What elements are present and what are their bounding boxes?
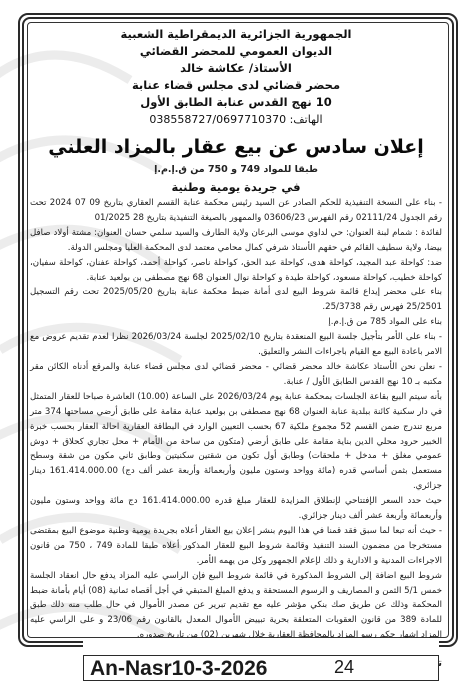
page-number: 24 [334,656,354,678]
paragraph-sale-conditions-deposit: بناء على محضر إيداع قائمة شروط البيع لدى… [30,285,442,315]
paragraph-articles: بناء على المواد 785 من ق.إ.م.إ [30,315,442,330]
bailiff-court: محضر قضائي لدى مجلس قضاء عنابة [30,77,442,94]
bailiff-name: الأستاذ/ عكاشة خالد [30,60,442,77]
paragraph-opening-price: حيث حدد السعر الإفتتاحي لإنطلاق المزايدة… [30,494,442,524]
office-phone: الهاتف: 038558727/0697710370 [30,111,442,128]
legal-basis: طبقا للمواد 749 و 750 من ق.إ.م.إ [30,162,442,178]
publication-date: An-Nasr10-3-2026 [90,657,267,681]
paragraph-property-description: بأنه سيتم البيع بقاعة الجلسات بمحكمة عنا… [30,390,442,494]
paragraph-enforcement: - بناء على النسخة التنفيذية للحكم الصادر… [30,196,442,226]
country-name: الجمهورية الجزائرية الديمقراطية الشعبية [30,26,442,43]
footer-box: An-Nasr10-3-2026 24 [83,655,439,681]
paragraph-announcement: - نعلن نحن الأستاذ عكاشة خالد محضر قضائي… [30,360,442,390]
paragraph-publication: - حيث أنه تبعا لما سبق فقد قمنا في هذا ا… [30,524,442,569]
publication-medium: في جريدة يومية وطنية [30,178,442,196]
frame-gap [83,638,439,654]
legal-notice: الجمهورية الجزائرية الديمقراطية الشعبية … [30,26,442,673]
paragraph-beneficiaries: لفائدة : شمام لبنة العنوان: حي لداوي موس… [30,226,442,256]
paragraph-defendants: ضد: كواحلة عبد المجيد، كواحلة هدى، كواحل… [30,256,442,286]
office-address: 10 نهج القدس عنابة الطابق الأول [30,94,442,111]
office-name: الديوان العمومي للمحضر القضائي [30,43,442,60]
paragraph-postponement: - بناء على الأمر بتأجيل جلسة البيع المنع… [30,330,442,360]
notice-body: - بناء على النسخة التنفيذية للحكم الصادر… [30,196,442,643]
notice-title: إعلان سادس عن بيع عقار بالمزاد العلني [30,132,442,162]
paragraph-payment-terms: شروط البيع اضافة إلى الشروط المذكورة في … [30,569,442,644]
